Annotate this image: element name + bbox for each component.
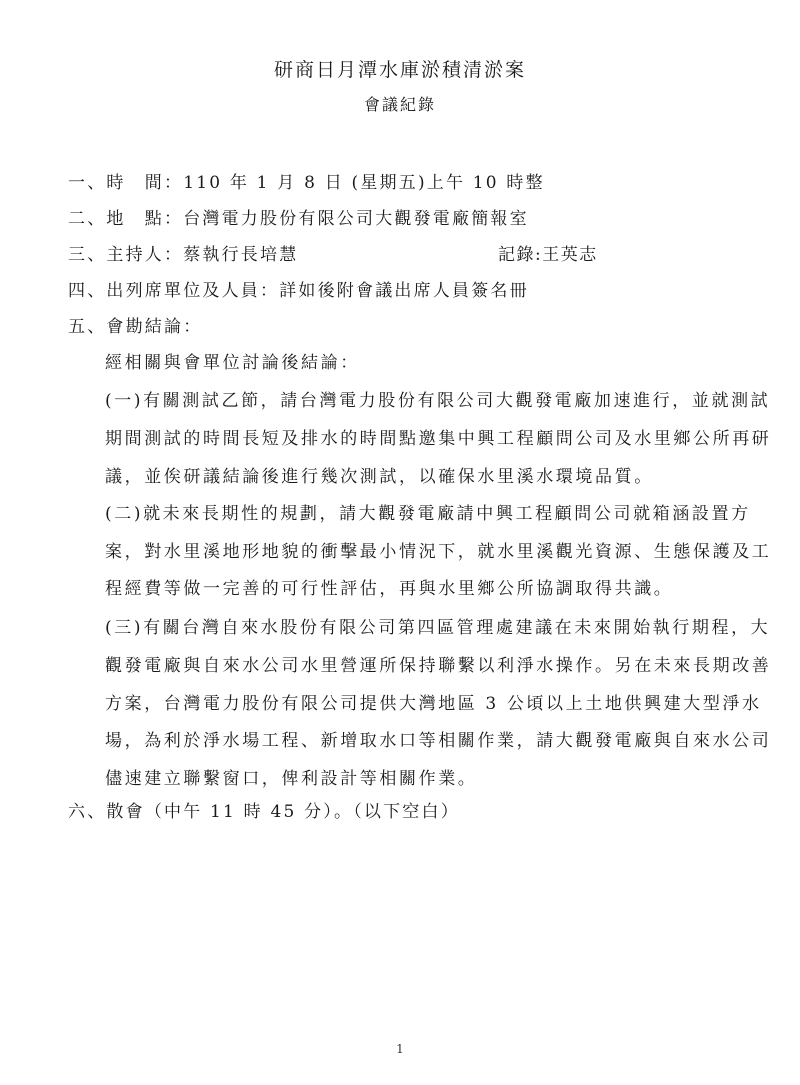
paragraph-line: 議，並俟研議結論後進行幾次測試，以確保水里溪水環境品質。: [105, 466, 654, 488]
recorder-label: 記錄:: [498, 245, 542, 265]
paragraph-line: 期間測試的時間長短及排水的時間點邀集中興工程顧問公司及水里鄉公所再研: [105, 428, 771, 450]
item-label: 一、時 間：: [68, 173, 183, 193]
meeting-recorder: 記錄:王英志: [498, 244, 598, 266]
item-label: 五、會勘結論：: [68, 317, 202, 337]
item-label: 六、散會: [68, 802, 145, 822]
meeting-time: 一、時 間：110 年 1 月 8 日 (星期五)上午 10 時整: [68, 172, 545, 194]
item-value: 詳如後附會議出席人員簽名冊: [279, 281, 529, 301]
paragraph-line: 場，為利於淨水場工程、新增取水口等相關作業，請大觀發電廠與自來水公司: [105, 730, 771, 752]
paragraph-line: 觀發電廠與自來水公司水里營運所保持聯繫以利淨水操作。另在未來長期改善: [105, 655, 771, 677]
meeting-attendees: 四、出列席單位及人員：詳如後附會議出席人員簽名冊: [68, 280, 529, 302]
paragraph-line: 儘速建立聯繫窗口，俾利設計等相關作業。: [105, 768, 477, 790]
meeting-chair: 三、主持人：蔡執行長培慧: [68, 244, 298, 266]
item-value: 110 年 1 月 8 日 (星期五)上午 10 時整: [183, 173, 545, 193]
item-label: 四、出列席單位及人員：: [68, 281, 279, 301]
paragraph-line: (三)有關台灣自來水股份有限公司第四區管理處建議在未來開始執行期程，大: [105, 617, 770, 639]
item-value: （中午 11 時 45 分）。（以下空白）: [145, 802, 460, 822]
document-page: 研商日月潭水庫淤積清淤案 會議紀錄 一、時 間：110 年 1 月 8 日 (星…: [0, 0, 800, 1085]
item-value: 蔡執行長培慧: [183, 245, 298, 265]
item-value: 台灣電力股份有限公司大觀發電廠簡報室: [183, 209, 529, 229]
item-label: 二、地 點：: [68, 209, 183, 229]
conclusion-heading: 五、會勘結論：: [68, 316, 202, 338]
document-title: 研商日月潭水庫淤積清淤案: [0, 58, 800, 82]
paragraph-line: 程經費等做一完善的可行性評估，再與水里鄉公所協調取得共識。: [105, 578, 673, 600]
document-subtitle: 會議紀錄: [0, 94, 800, 116]
meeting-location: 二、地 點：台灣電力股份有限公司大觀發電廠簡報室: [68, 208, 529, 230]
meeting-adjournment: 六、散會（中午 11 時 45 分）。（以下空白）: [68, 801, 460, 823]
conclusion-intro: 經相關與會單位討論後結論：: [105, 352, 360, 374]
page-number: 1: [0, 1042, 800, 1056]
paragraph-line: 方案，台灣電力股份有限公司提供大灣地區 3 公頃以上土地供興建大型淨水: [105, 693, 762, 715]
recorder-name: 王英志: [542, 245, 598, 265]
paragraph-line: 案，對水里溪地形地貌的衝擊最小情況下，就水里溪觀光資源、生態保護及工: [105, 541, 771, 563]
item-label: 三、主持人：: [68, 245, 183, 265]
paragraph-line: (一)有關測試乙節，請台灣電力股份有限公司大觀發電廠加速進行，並就測試: [105, 390, 770, 412]
paragraph-line: (二)就未來長期性的規劃，請大觀發電廠請中興工程顧問公司就箱涵設置方: [105, 503, 751, 525]
